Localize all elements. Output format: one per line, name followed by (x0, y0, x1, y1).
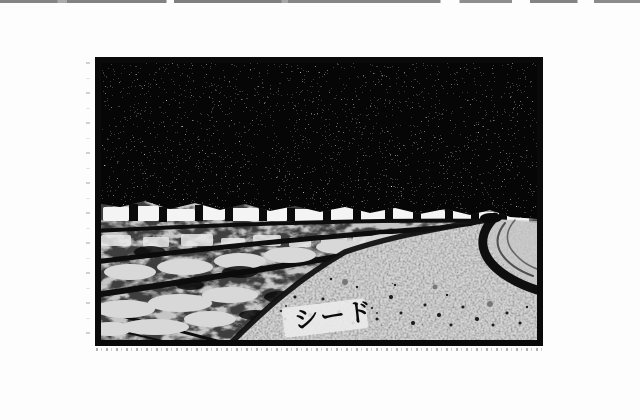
arc-top-junction-blob (480, 213, 502, 223)
micrograph-image: シード (95, 57, 543, 346)
frame-bottom-scan-noise (96, 348, 544, 351)
figure-photo-frame: シード (95, 57, 543, 346)
scanned-document-page: シード (0, 0, 640, 420)
left-margin-scan-noise (86, 62, 90, 342)
page-top-scan-artifact-line (0, 0, 640, 3)
